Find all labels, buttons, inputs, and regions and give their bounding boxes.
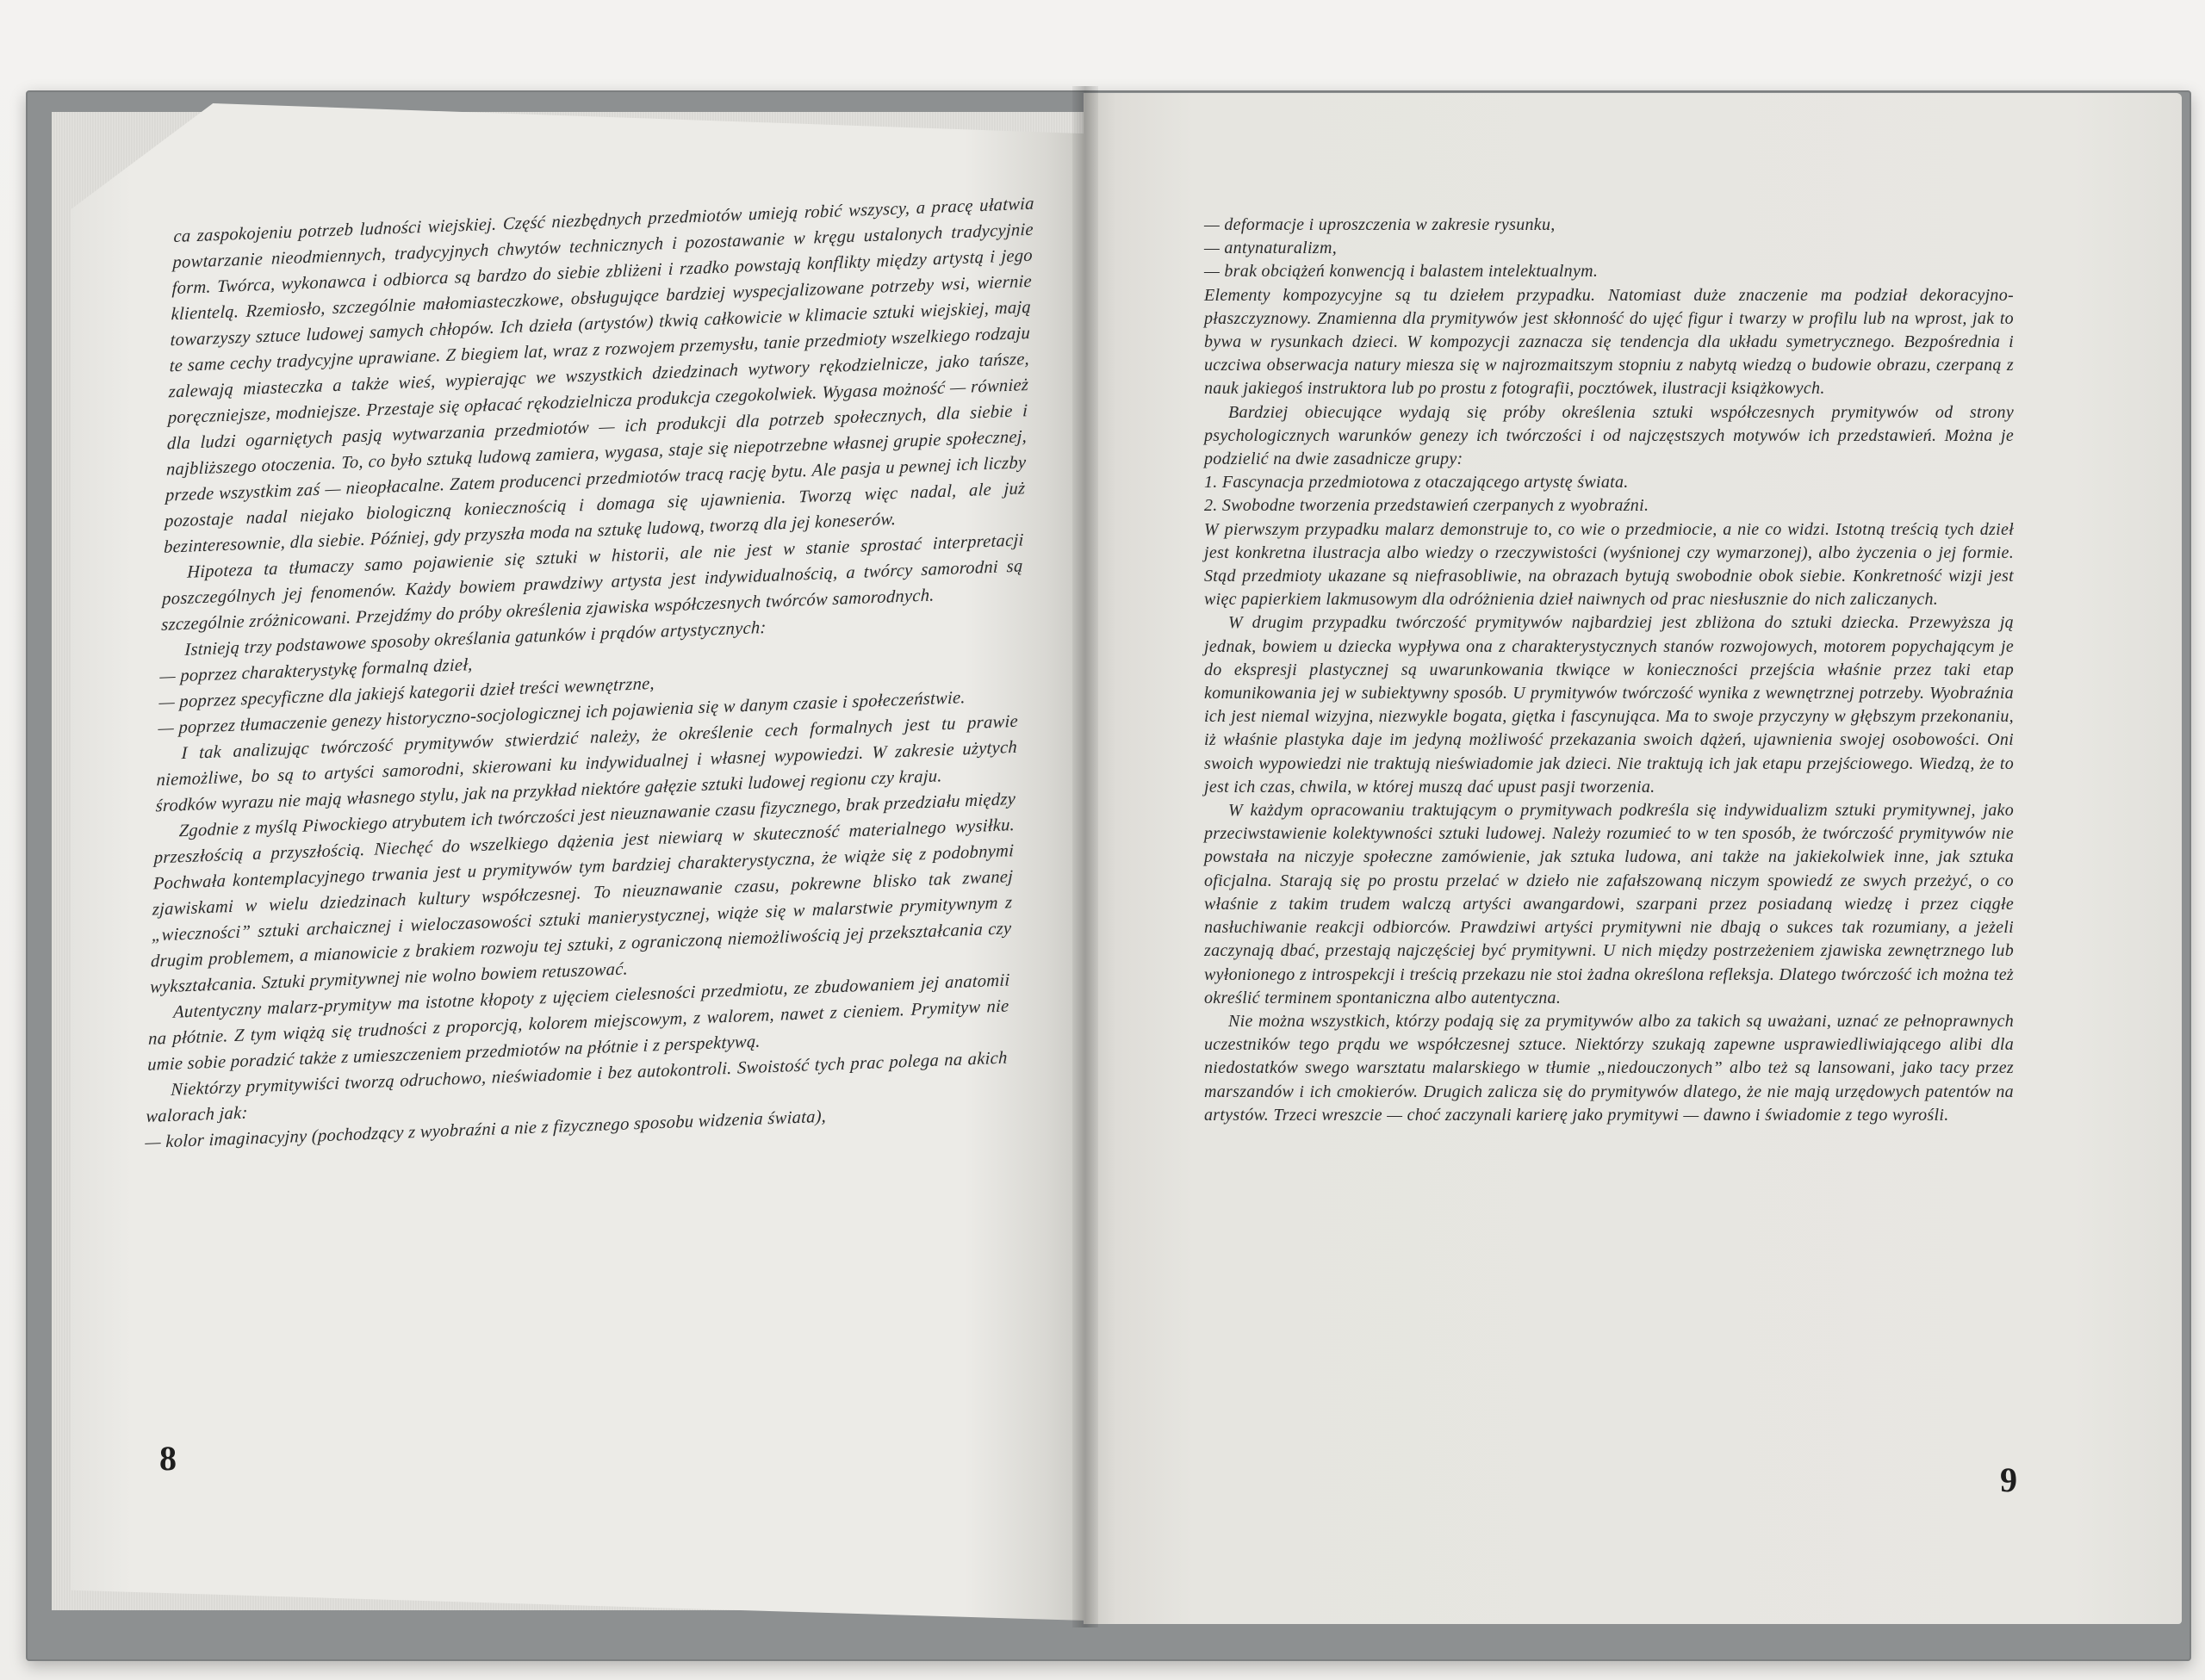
paragraph: Nie można wszystkich, którzy podają się … [1204, 1010, 2014, 1127]
list-item: 2. Swobodne tworzenia przedstawień czerp… [1204, 494, 2014, 518]
left-page-text: ca zaspokojeniu potrzeb ludności wiejski… [145, 191, 1034, 1156]
paragraph: W drugim przypadku twórczość prymitywów … [1204, 611, 2014, 799]
book-gutter [1072, 86, 1098, 1627]
list-item: — antynaturalizm, [1204, 237, 2014, 260]
list-item: — brak obciążeń konwencją i balastem int… [1204, 260, 2014, 283]
paragraph: W każdym opracowaniu traktującym o prymi… [1204, 799, 2014, 1010]
paragraph: Bardziej obiecujące wydają się próby okr… [1204, 401, 2014, 472]
paragraph: Zgodnie z myślą Piwockiego atrybutem ich… [150, 786, 1016, 1001]
list-item: 1. Fascynacja przedmiotowa z otaczająceg… [1204, 471, 2014, 494]
paragraph: ca zaspokojeniu potrzeb ludności wiejski… [164, 191, 1035, 561]
list-item: — deformacje i uproszczenia w zakresie r… [1204, 214, 2014, 237]
page-number-right: 9 [2000, 1460, 2017, 1500]
paragraph: Elementy kompozycyjne są tu dziełem przy… [1204, 284, 2014, 401]
right-page-text: — deformacje i uproszczenia w zakresie r… [1204, 214, 2014, 1127]
right-page: — deformacje i uproszczenia w zakresie r… [1084, 93, 2182, 1624]
page-number-left: 8 [159, 1438, 177, 1479]
paragraph: W pierwszym przypadku malarz demonstruje… [1204, 518, 2014, 612]
left-page: ca zaspokojeniu potrzeb ludności wiejski… [71, 103, 1087, 1621]
